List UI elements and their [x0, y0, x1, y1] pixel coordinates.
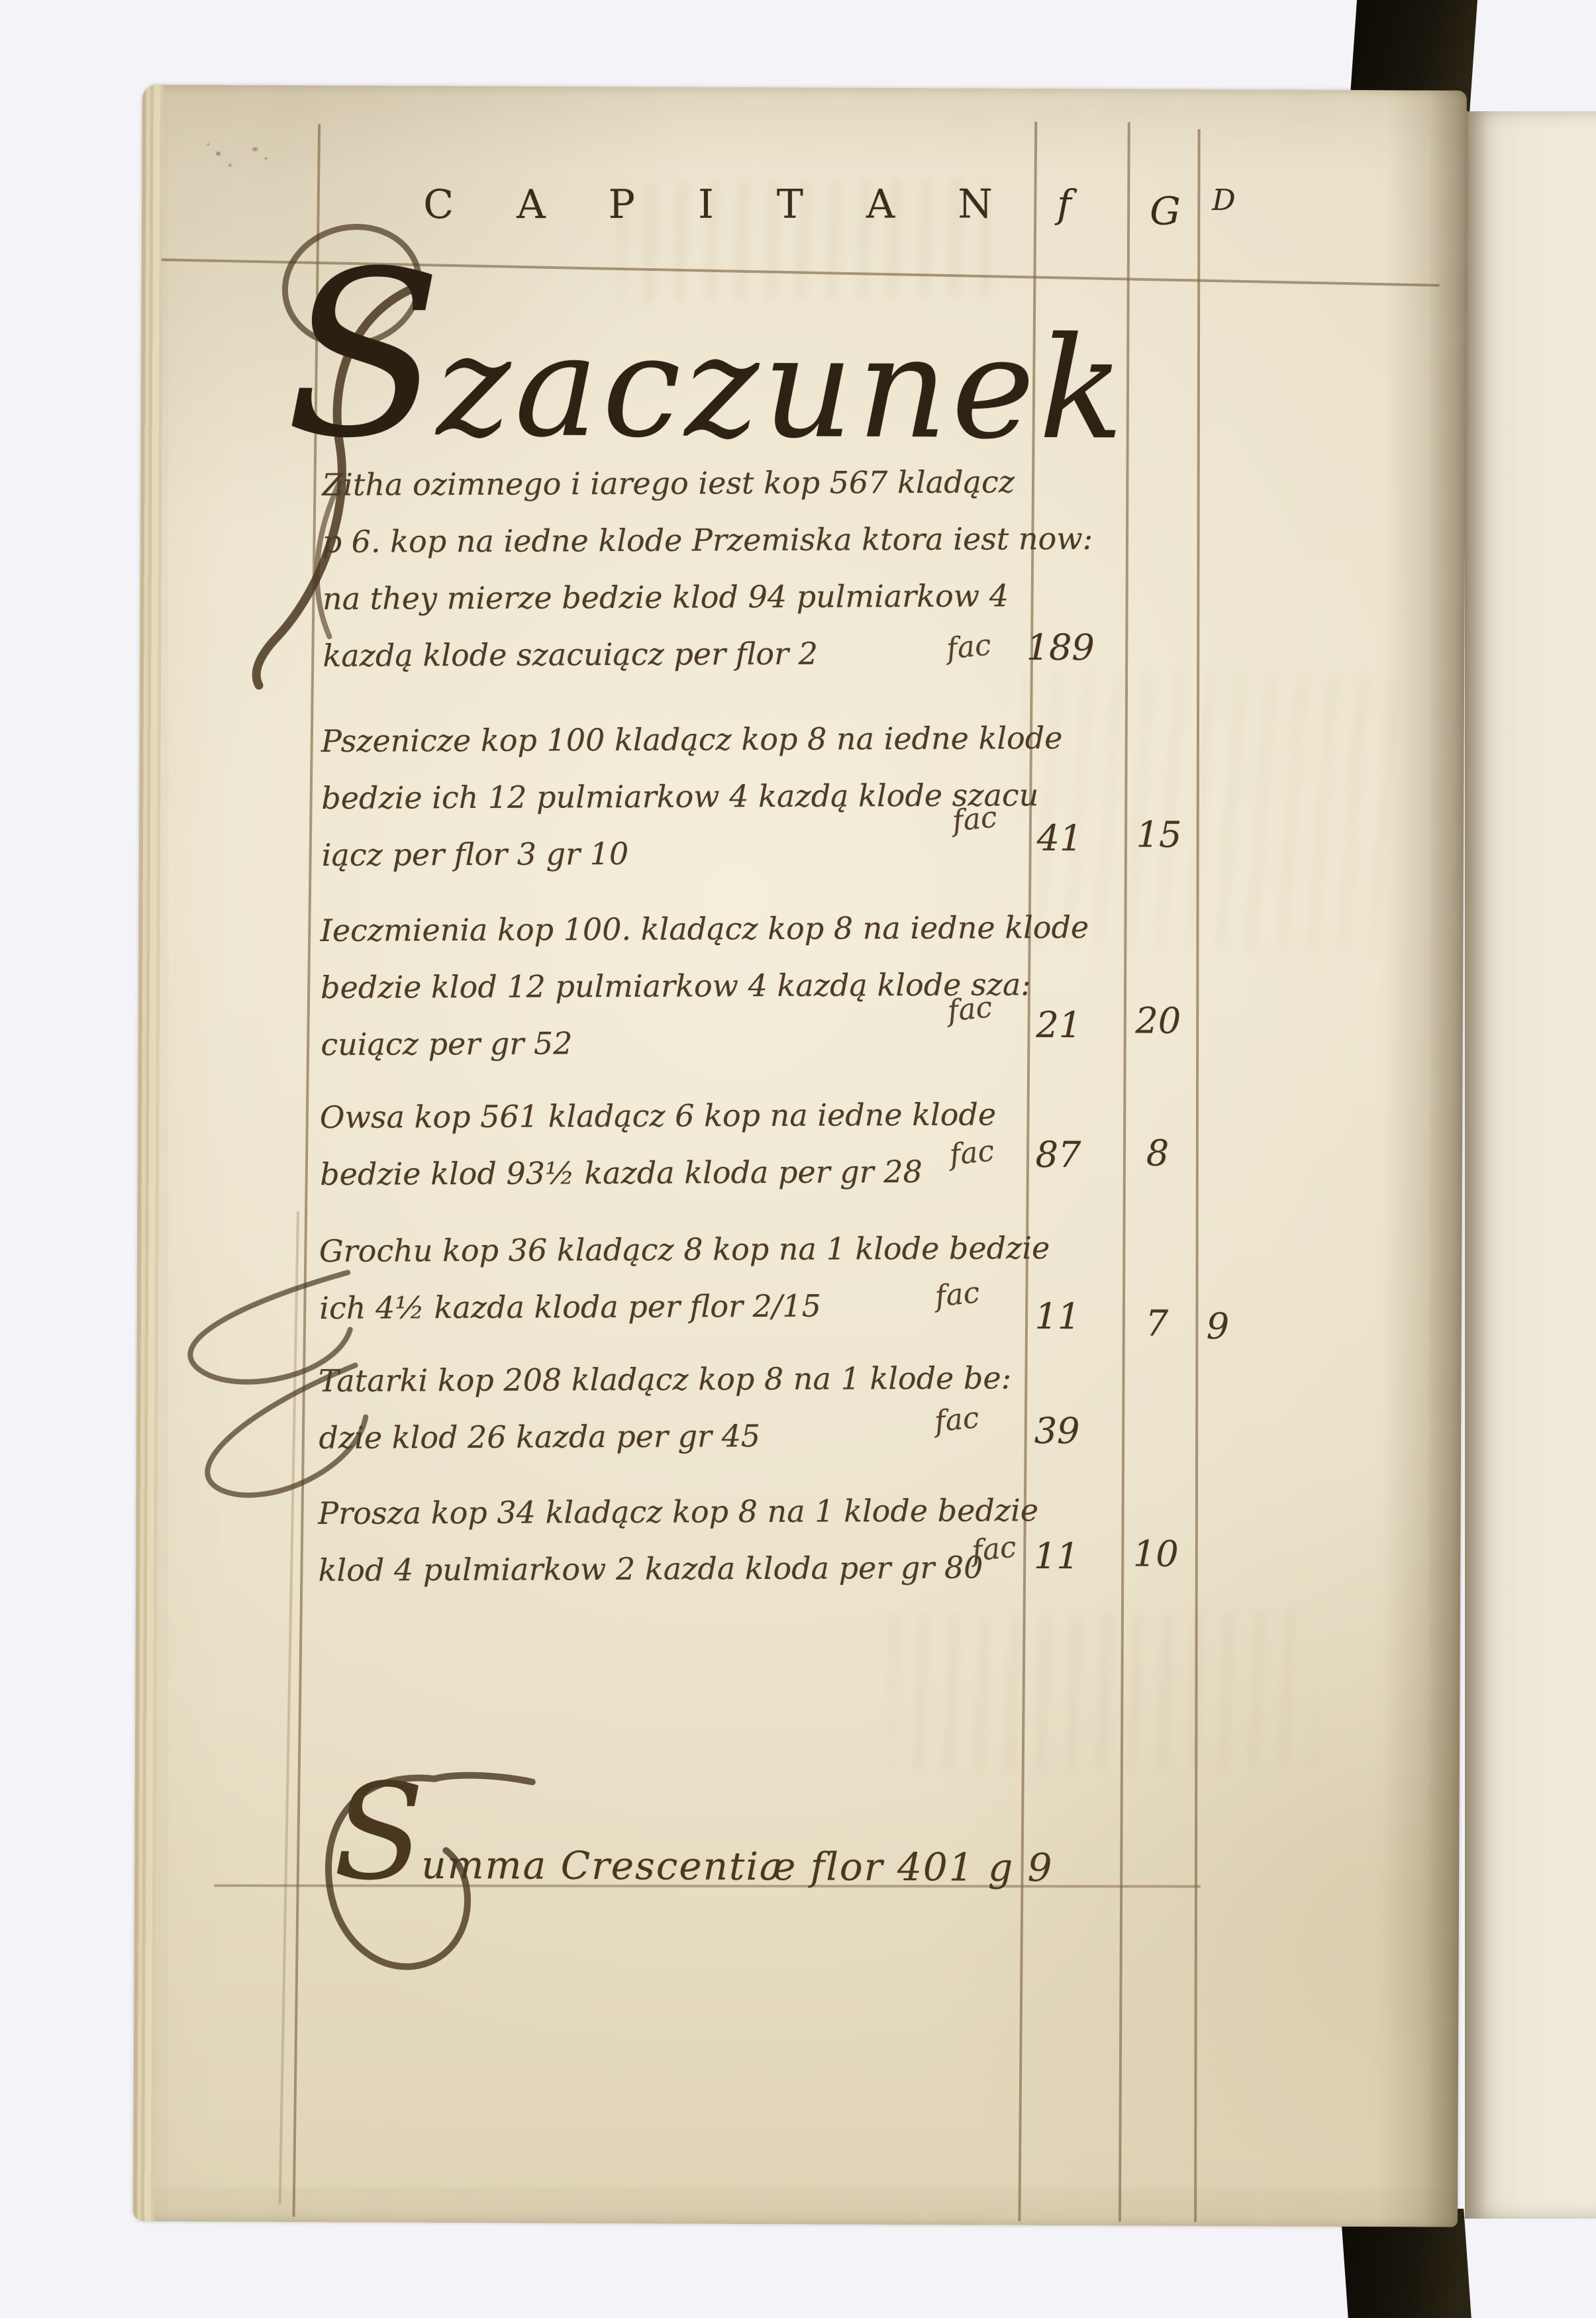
- value-florins: 39: [1014, 1410, 1100, 1452]
- page-title-rest: zaczunek: [436, 304, 1128, 471]
- entry-line: Prosza kop 34 kladącz kop 8 na 1 klode b…: [318, 1482, 1040, 1542]
- entry-block: Owsa kop 561 kladącz 6 kop na iedne klod…: [320, 1085, 1042, 1203]
- manuscript-scan: C A P I T A N f G D Szaczunek Zitha ozim…: [0, 0, 1596, 2318]
- value-florins: 41: [1017, 817, 1103, 860]
- chapter-heading: C A P I T A N: [423, 181, 1018, 228]
- entry-line: p 6. kop na iedne klode Przemiska ktora …: [322, 510, 1044, 570]
- fac-label: fac: [948, 1134, 996, 1172]
- summa-text: umma Crescentiæ flor 401 g 9: [421, 1842, 1054, 1890]
- entry-line: ich 4½ kazda kloda per flor 2/15: [319, 1276, 1041, 1336]
- value-grosze: 10: [1122, 1533, 1189, 1574]
- value-grosze: 7: [1124, 1302, 1190, 1344]
- entry-line: klod 4 pulmiarkow 2 kazda kloda per gr 8…: [318, 1538, 1040, 1599]
- entry-block: Ieczmienia kop 100. kladącz kop 8 na ied…: [321, 899, 1043, 1073]
- fac-label: fac: [970, 1530, 1018, 1568]
- entry-line: Tatarki kop 208 kladącz kop 8 na 1 klode…: [319, 1349, 1040, 1409]
- entry-line: Grochu kop 36 kladącz 8 kop na 1 klode b…: [319, 1219, 1041, 1280]
- entry-line: na they mierze bedzie klod 94 pulmiarkow…: [323, 567, 1044, 627]
- entry-line: cuiącz per gr 52: [321, 1013, 1042, 1073]
- entry-line: Zitha ozimnego i iarego iest kop 567 kla…: [322, 453, 1044, 513]
- value-florins: 11: [1013, 1535, 1099, 1578]
- entry-line: Ieczmienia kop 100. kladącz kop 8 na ied…: [321, 899, 1042, 959]
- fac-label: fac: [945, 628, 993, 666]
- entry-line: bedzie klod 93½ kazda kloda per gr 28: [320, 1142, 1042, 1203]
- value-florins: 21: [1016, 1004, 1102, 1046]
- entry-line: kazdą klode szacuiącz per flor 2: [323, 624, 1044, 684]
- value-grosze: 20: [1125, 999, 1191, 1041]
- facing-page-edge: [1465, 111, 1596, 2219]
- entry-block: Tatarki kop 208 kladącz kop 8 na 1 klode…: [319, 1349, 1041, 1466]
- entry-line: dzie klod 26 kazda per gr 45: [319, 1406, 1040, 1466]
- ink-smudge: [200, 132, 299, 179]
- column-header-florins: f: [1057, 181, 1072, 227]
- value-grosze: 15: [1126, 813, 1192, 855]
- summa-initial: S: [333, 1755, 422, 1910]
- ruling-column-denars: [1194, 129, 1201, 2222]
- value-denars: 9: [1191, 1305, 1244, 1347]
- entry-line: Pszenicze kop 100 kladącz kop 8 na iedne…: [321, 709, 1043, 770]
- entry-line: Owsa kop 561 kladącz 6 kop na iedne klod…: [320, 1085, 1042, 1146]
- entry-block: Prosza kop 34 kladącz kop 8 na 1 klode b…: [318, 1482, 1040, 1599]
- column-header-denars: D: [1212, 183, 1236, 217]
- bleedthrough-patch: [889, 1609, 1315, 1774]
- entry-block: Pszenicze kop 100 kladącz kop 8 na iedne…: [321, 709, 1044, 883]
- fac-label: fac: [951, 800, 999, 838]
- column-header-grosze: G: [1150, 189, 1181, 234]
- entry-line: iącz per flor 3 gr 10: [322, 823, 1044, 883]
- value-florins: 87: [1015, 1134, 1101, 1176]
- manuscript-page: C A P I T A N f G D Szaczunek Zitha ozim…: [133, 85, 1467, 2227]
- entry-line: bedzie klod 12 pulmiarkow 4 kazdą klode …: [321, 956, 1042, 1016]
- fac-label: fac: [933, 1401, 981, 1438]
- entry-block: Grochu kop 36 kladącz 8 kop na 1 klode b…: [319, 1219, 1042, 1336]
- fac-label: fac: [946, 990, 994, 1028]
- entry-block: Zitha ozimnego i iarego iest kop 567 kla…: [322, 453, 1044, 684]
- entry-line: bedzie ich 12 pulmiarkow 4 kazdą klode s…: [321, 766, 1043, 827]
- summa-line: Summa Crescentiæ flor 401 g 9: [333, 1773, 1054, 1927]
- page-title-initial: S: [285, 223, 437, 489]
- value-florins: 11: [1015, 1295, 1101, 1338]
- fac-label: fac: [934, 1276, 981, 1313]
- value-grosze: 8: [1124, 1132, 1191, 1174]
- value-florins: 189: [1017, 627, 1103, 669]
